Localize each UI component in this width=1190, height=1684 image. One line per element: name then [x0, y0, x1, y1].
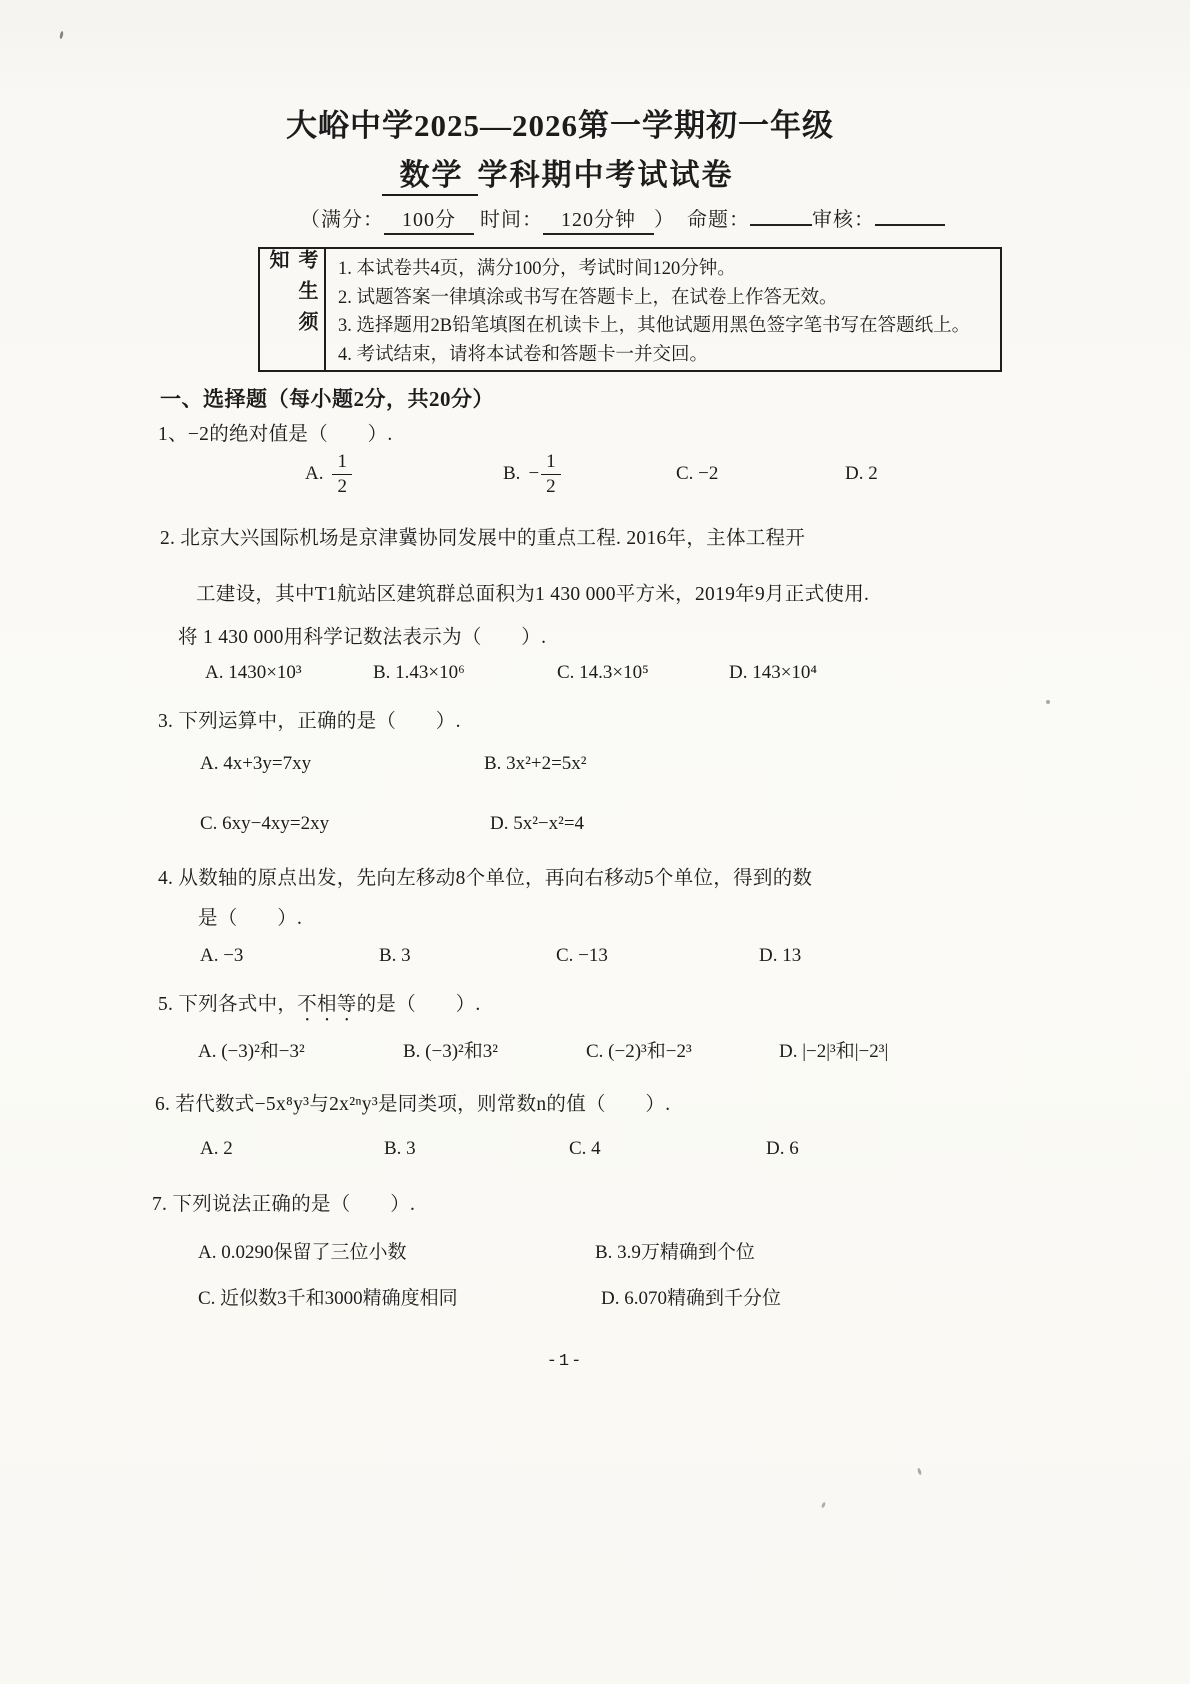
q3-option-b: B. 3x²+2=5x² — [484, 753, 587, 775]
fraction-numerator: 1 — [332, 451, 352, 475]
q2-stem-line3: 将 1 430 000用科学记数法表示为（ ）. — [178, 621, 546, 649]
fraction-denominator: 2 — [337, 475, 347, 498]
exam-title-line1: 大峪中学2025—2026第一学期初一年级 — [0, 100, 1120, 145]
setter-blank — [750, 204, 812, 226]
notice-item-3: 3. 选择题用2B铅笔填图在机读卡上，其他试题用黑色签字笔书写在答题纸上。 — [338, 312, 1000, 341]
q1-stem: 1、−2的绝对值是（ ）. — [158, 418, 393, 446]
time-value: 120分钟 — [543, 203, 654, 235]
subject-fill-in: 数学 — [382, 159, 478, 196]
q1-option-b-label: B. — [503, 463, 520, 485]
q3-stem: 3. 下列运算中，正确的是（ ）. — [158, 705, 461, 733]
q2-option-b: B. 1.43×10⁶ — [373, 662, 465, 684]
exam-title-line2-rest: 学科期中考试试卷 — [478, 159, 734, 192]
q1-option-b: B. − 1 2 — [503, 443, 561, 505]
q4-option-c: C. −13 — [556, 945, 608, 967]
q4-option-a: A. −3 — [200, 945, 243, 967]
q5-stem-prefix: 5. 下列各式中， — [158, 994, 297, 1015]
q3-option-d: D. 5x²−x²=4 — [490, 813, 584, 835]
q6-option-c: C. 4 — [569, 1138, 601, 1160]
q5-option-a: A. (−3)²和−3² — [198, 1036, 305, 1063]
q7-option-d: D. 6.070精确到千分位 — [601, 1283, 781, 1310]
q6-option-a: A. 2 — [200, 1138, 233, 1160]
q2-stem-line2: 工建设，其中T1航站区建筑群总面积为1 430 000平方米，2019年9月正式… — [196, 578, 869, 606]
q5-option-d: D. |−2|³和|−2³| — [779, 1036, 888, 1063]
q5-stem: 5. 下列各式中，不相等的是（ ）. — [158, 988, 481, 1026]
q2-option-a: A. 1430×10³ — [205, 662, 302, 684]
scan-speck — [1046, 700, 1050, 704]
exam-info-line: （满分：100分 时间：120分钟） 命题：审核： — [300, 203, 945, 235]
notice-side-label-cell: 考生须知 — [260, 249, 326, 370]
time-label: 时间： — [480, 209, 543, 231]
section1-heading: 一、选择题（每小题2分，共20分） — [160, 383, 494, 413]
q1-option-a-fraction: 1 2 — [332, 451, 352, 498]
q5-stem-suffix: 的是（ ）. — [357, 994, 481, 1015]
q5-stem-emphasis: 不相等 — [297, 994, 356, 1015]
score-label: （满分： — [300, 209, 384, 231]
q7-option-a: A. 0.0290保留了三位小数 — [198, 1237, 406, 1264]
setter-label: 命题： — [687, 209, 750, 231]
q4-stem-line1: 4. 从数轴的原点出发，先向左移动8个单位，再向右移动5个单位，得到的数 — [158, 862, 812, 890]
q5-option-b: B. (−3)²和3² — [403, 1036, 498, 1063]
score-value: 100分 — [384, 203, 474, 235]
notice-items: 1. 本试卷共4页，满分100分，考试时间120分钟。 2. 试题答案一律填涂或… — [326, 249, 1000, 370]
q1-options: A. 1 2 B. − 1 2 C. −2 D. 2 — [0, 443, 1190, 505]
q3-option-a: A. 4x+3y=7xy — [200, 753, 311, 775]
q1-option-b-fraction: 1 2 — [541, 451, 561, 498]
exam-title-line2: 数学学科期中考试试卷 — [0, 150, 1115, 194]
q2-stem-line1: 2. 北京大兴国际机场是京津冀协同发展中的重点工程. 2016年，主体工程开 — [160, 522, 805, 550]
q4-option-b: B. 3 — [379, 945, 411, 967]
minus-sign: − — [528, 463, 539, 485]
q1-option-a-label: A. — [305, 463, 323, 485]
q7-option-b: B. 3.9万精确到个位 — [595, 1237, 755, 1264]
close-paren: ） — [654, 209, 675, 231]
notice-item-2: 2. 试题答案一律填涂或书写在答题卡上，在试卷上作答无效。 — [338, 284, 1000, 313]
notice-item-4: 4. 考试结束，请将本试卷和答题卡一并交回。 — [338, 341, 1000, 370]
q2-option-d: D. 143×10⁴ — [729, 662, 817, 684]
scan-speck — [821, 1502, 826, 1509]
q5-option-c: C. (−2)³和−2³ — [586, 1036, 692, 1063]
q1-option-d: D. 2 — [845, 443, 878, 505]
fraction-denominator: 2 — [546, 475, 556, 498]
q1-option-c: C. −2 — [676, 443, 718, 505]
notice-side-label: 考生须知 — [263, 249, 321, 370]
fraction-numerator: 1 — [541, 451, 561, 475]
q7-stem: 7. 下列说法正确的是（ ）. — [152, 1188, 415, 1216]
reviewer-label: 审核： — [812, 209, 875, 231]
candidate-notice-box: 考生须知 1. 本试卷共4页，满分100分，考试时间120分钟。 2. 试题答案… — [258, 247, 1002, 372]
exam-paper-page: 大峪中学2025—2026第一学期初一年级 数学学科期中考试试卷 （满分：100… — [0, 0, 1190, 1684]
q6-option-b: B. 3 — [384, 1138, 416, 1160]
scan-speck — [59, 31, 64, 39]
q1-option-a: A. 1 2 — [305, 443, 352, 505]
q3-option-c: C. 6xy−4xy=2xy — [200, 813, 329, 835]
q6-option-d: D. 6 — [766, 1138, 799, 1160]
q7-option-c: C. 近似数3千和3000精确度相同 — [198, 1283, 458, 1310]
reviewer-blank — [875, 204, 945, 226]
scan-speck — [917, 1468, 922, 1476]
q6-stem: 6. 若代数式−5x⁸y³与2x²ⁿy³是同类项，则常数n的值（ ）. — [155, 1088, 670, 1116]
q2-option-c: C. 14.3×10⁵ — [557, 662, 649, 684]
notice-item-1: 1. 本试卷共4页，满分100分，考试时间120分钟。 — [338, 255, 1000, 284]
q4-option-d: D. 13 — [759, 945, 801, 967]
q4-stem-line2: 是（ ）. — [198, 902, 302, 930]
page-number: -1- — [0, 1352, 1130, 1371]
